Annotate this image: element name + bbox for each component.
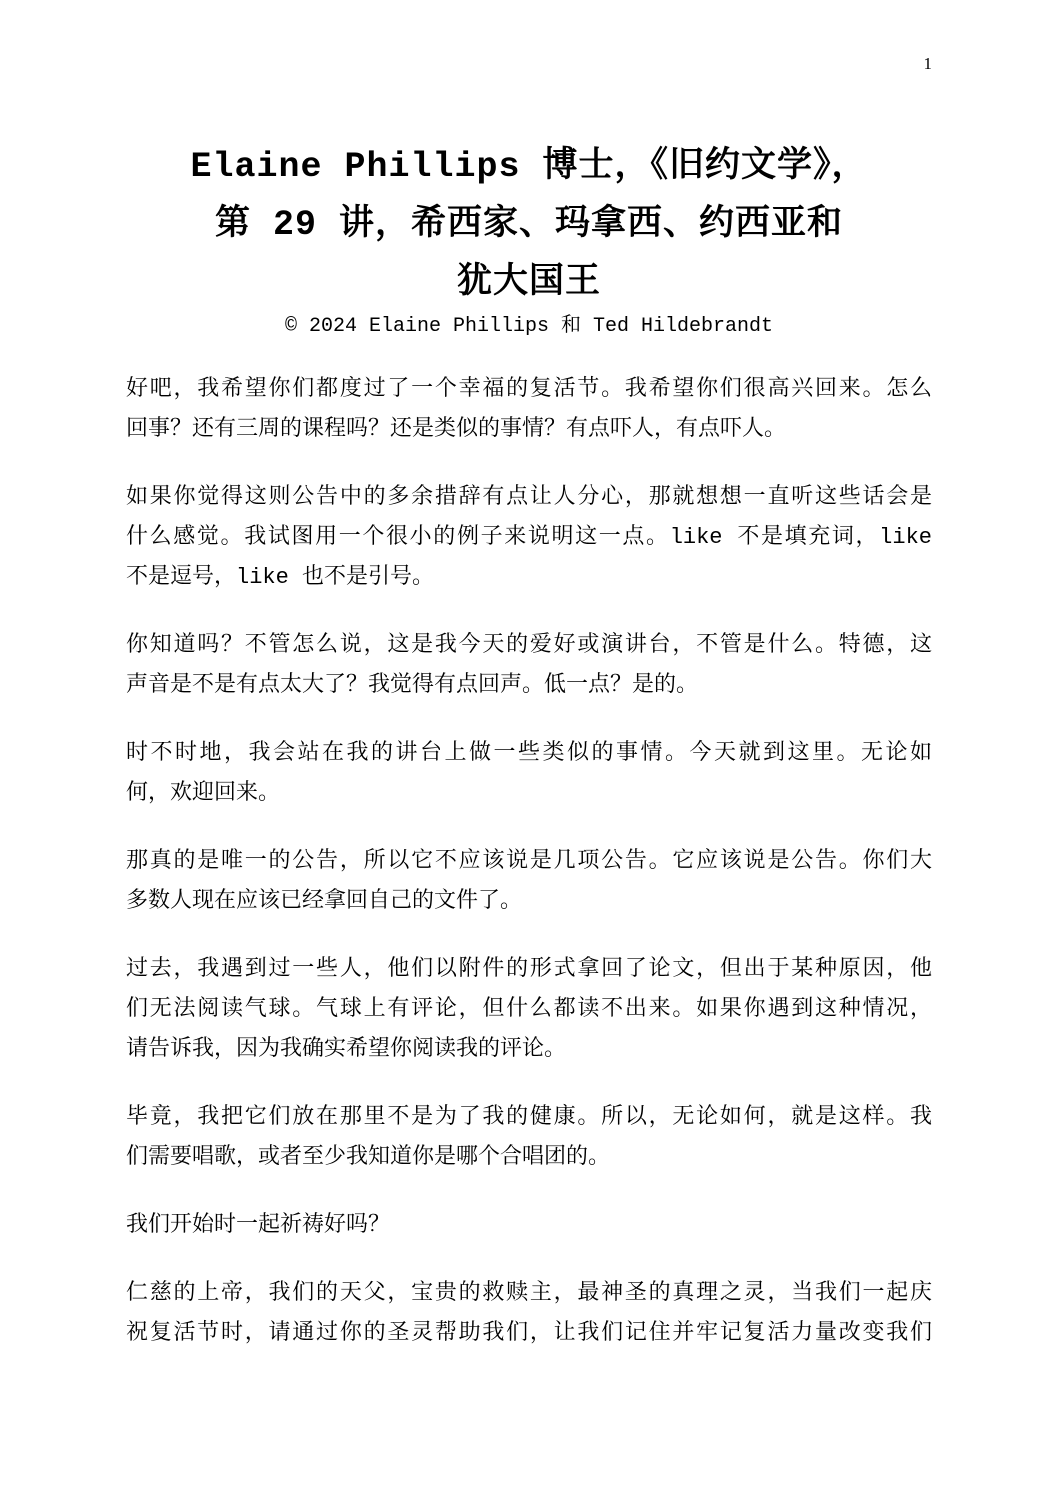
text-line: 祝复活节时，请通过你的圣灵帮助我们，让我们记住并牢记复活力量改变我们 — [126, 1314, 932, 1354]
text-line: 过去，我遇到过一些人，他们以附件的形式拿回了论文，但出于某种原因，他 — [126, 950, 932, 990]
paragraph: 仁慈的上帝，我们的天父，宝贵的救赎主，最神圣的真理之灵，当我们一起庆祝复活节时，… — [126, 1274, 932, 1354]
text-line: 不是逗号，like 也不是引号。 — [126, 558, 932, 598]
title-line-2: 第 29 讲，希西家、玛拿西、约西亚和 — [126, 196, 932, 254]
paragraph: 你知道吗？不管怎么说，这是我今天的爱好或演讲台，不管是什么。特德，这声音是不是有… — [126, 626, 932, 706]
paragraph: 如果你觉得这则公告中的多余措辞有点让人分心，那就想想一直听这些话会是什么感觉。我… — [126, 478, 932, 598]
text-line: 请告诉我，因为我确实希望你阅读我的评论。 — [126, 1030, 932, 1070]
paragraph: 毕竟，我把它们放在那里不是为了我的健康。所以，无论如何，就是这样。我们需要唱歌，… — [126, 1098, 932, 1178]
body-paragraphs: 好吧，我希望你们都度过了一个幸福的复活节。我希望你们很高兴回来。怎么回事？还有三… — [126, 370, 932, 1354]
text-line: 我们开始时一起祈祷好吗？ — [126, 1206, 932, 1246]
text-line: 如果你觉得这则公告中的多余措辞有点让人分心，那就想想一直听这些话会是 — [126, 478, 932, 518]
paragraph: 过去，我遇到过一些人，他们以附件的形式拿回了论文，但出于某种原因，他们无法阅读气… — [126, 950, 932, 1070]
text-line: 好吧，我希望你们都度过了一个幸福的复活节。我希望你们很高兴回来。怎么 — [126, 370, 932, 410]
document-title: Elaine Phillips 博士，《旧约文学》， 第 29 讲，希西家、玛拿… — [126, 138, 932, 312]
paragraph: 那真的是唯一的公告，所以它不应该说是几项公告。它应该说是公告。你们大多数人现在应… — [126, 842, 932, 922]
text-line: 回事？还有三周的课程吗？还是类似的事情？有点吓人，有点吓人。 — [126, 410, 932, 450]
copyright-line: © 2024 Elaine Phillips 和 Ted Hildebrandt — [126, 314, 932, 340]
paragraph: 时不时地，我会站在我的讲台上做一些类似的事情。今天就到这里。无论如何，欢迎回来。 — [126, 734, 932, 814]
document-page: 1 Elaine Phillips 博士，《旧约文学》， 第 29 讲，希西家、… — [0, 0, 1058, 1497]
text-line: 多数人现在应该已经拿回自己的文件了。 — [126, 882, 932, 922]
text-line: 那真的是唯一的公告，所以它不应该说是几项公告。它应该说是公告。你们大 — [126, 842, 932, 882]
title-line-1: Elaine Phillips 博士，《旧约文学》， — [126, 138, 932, 196]
text-line: 们无法阅读气球。气球上有评论，但什么都读不出来。如果你遇到这种情况， — [126, 990, 932, 1030]
text-line: 毕竟，我把它们放在那里不是为了我的健康。所以，无论如何，就是这样。我 — [126, 1098, 932, 1138]
text-line: 们需要唱歌，或者至少我知道你是哪个合唱团的。 — [126, 1138, 932, 1178]
paragraph: 我们开始时一起祈祷好吗？ — [126, 1206, 932, 1246]
text-line: 仁慈的上帝，我们的天父，宝贵的救赎主，最神圣的真理之灵，当我们一起庆 — [126, 1274, 932, 1314]
text-line: 声音是不是有点太大了？我觉得有点回声。低一点？是的。 — [126, 666, 932, 706]
title-line-3: 犹大国王 — [126, 254, 932, 312]
paragraph: 好吧，我希望你们都度过了一个幸福的复活节。我希望你们很高兴回来。怎么回事？还有三… — [126, 370, 932, 450]
text-line: 什么感觉。我试图用一个很小的例子来说明这一点。like 不是填充词，like — [126, 518, 932, 558]
page-number: 1 — [924, 54, 933, 74]
text-line: 何，欢迎回来。 — [126, 774, 932, 814]
text-line: 你知道吗？不管怎么说，这是我今天的爱好或演讲台，不管是什么。特德，这 — [126, 626, 932, 666]
text-line: 时不时地，我会站在我的讲台上做一些类似的事情。今天就到这里。无论如 — [126, 734, 932, 774]
